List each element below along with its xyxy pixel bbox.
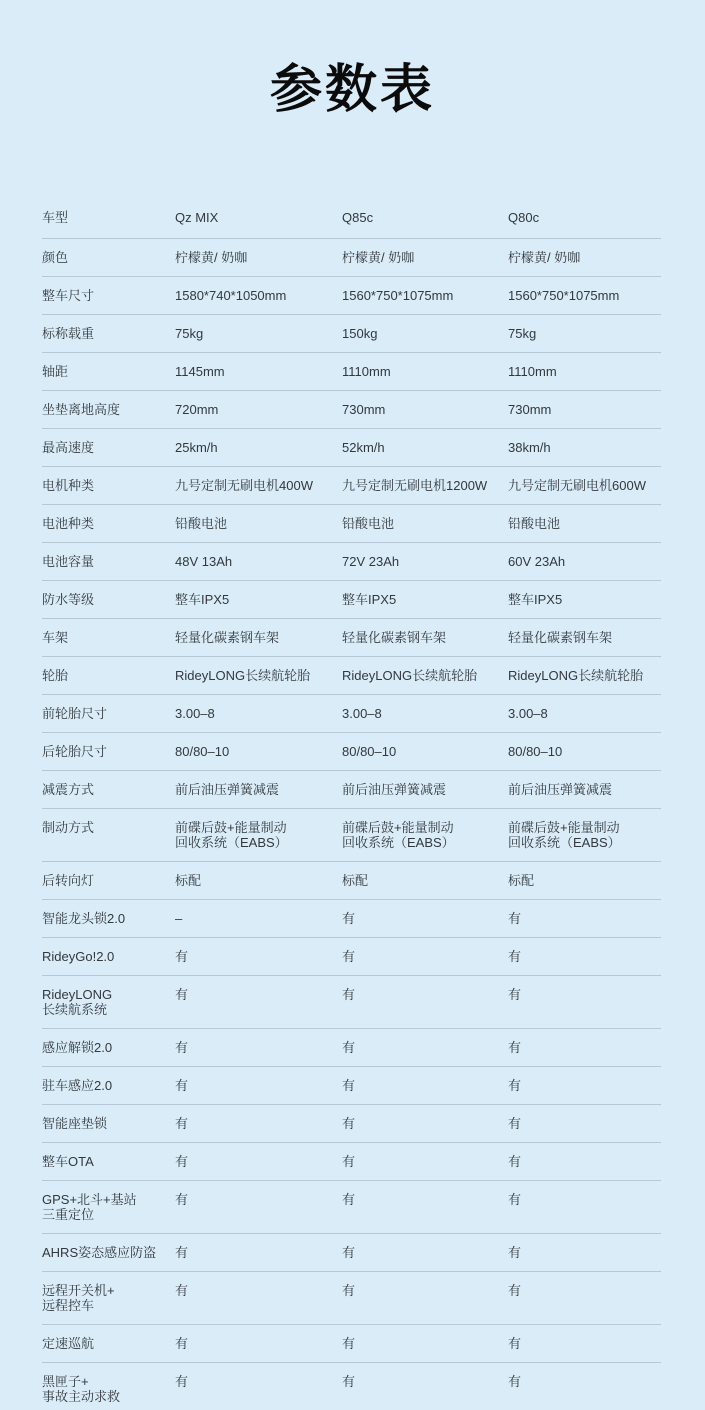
row-value-2: 铅酸电池	[342, 516, 508, 531]
row-value-2: 1110mm	[342, 364, 508, 379]
row-value-3: 有	[508, 1154, 661, 1169]
spec-table: 车型 Qz MIX Q85c Q80c 颜色 柠檬黄/ 奶咖 柠檬黄/ 奶咖 柠…	[42, 198, 661, 1410]
row-label: RideyGo!2.0	[42, 949, 175, 964]
row-value-2: 有	[342, 1336, 508, 1351]
row-value-2: 标配	[342, 873, 508, 888]
row-value-1: 720mm	[175, 402, 342, 417]
table-row: 防水等级 整车IPX5 整车IPX5 整车IPX5	[42, 581, 661, 619]
table-row: 电池种类 铅酸电池 铅酸电池 铅酸电池	[42, 505, 661, 543]
row-value-1: 有	[175, 1116, 342, 1131]
row-label: 轴距	[42, 364, 175, 379]
row-value-2: 有	[342, 1374, 508, 1389]
row-label: 减震方式	[42, 782, 175, 797]
row-value-3: 有	[508, 1283, 661, 1298]
row-label: 最高速度	[42, 440, 175, 455]
table-row: 最高速度 25km/h 52km/h 38km/h	[42, 429, 661, 467]
row-label: 智能龙头锁2.0	[42, 911, 175, 926]
row-value-1: 25km/h	[175, 440, 342, 455]
row-label: 驻车感应2.0	[42, 1078, 175, 1093]
row-value-1: 75kg	[175, 326, 342, 341]
row-label: 颜色	[42, 250, 175, 265]
row-value-1: 前碟后鼓+能量制动 回收系统（EABS）	[175, 820, 342, 850]
row-value-2: 有	[342, 1040, 508, 1055]
row-value-3: 1560*750*1075mm	[508, 288, 661, 303]
row-label: 定速巡航	[42, 1336, 175, 1351]
row-value-2: 柠檬黄/ 奶咖	[342, 250, 508, 265]
row-value-2: 150kg	[342, 326, 508, 341]
row-label: 坐垫离地高度	[42, 402, 175, 417]
table-row: 感应解锁2.0 有 有 有	[42, 1029, 661, 1067]
table-header-row: 车型 Qz MIX Q85c Q80c	[42, 198, 661, 239]
row-value-1: 有	[175, 1078, 342, 1093]
row-value-1: 3.00–8	[175, 706, 342, 721]
table-row: 后转向灯 标配 标配 标配	[42, 862, 661, 900]
row-value-2: 有	[342, 987, 508, 1002]
table-row: 电池容量 48V 13Ah 72V 23Ah 60V 23Ah	[42, 543, 661, 581]
table-row: 定速巡航 有 有 有	[42, 1325, 661, 1363]
row-value-2: 72V 23Ah	[342, 554, 508, 569]
row-label: 电池容量	[42, 554, 175, 569]
row-label: 整车尺寸	[42, 288, 175, 303]
table-row: 智能座垫锁 有 有 有	[42, 1105, 661, 1143]
table-row: 整车OTA 有 有 有	[42, 1143, 661, 1181]
row-value-2: 有	[342, 1116, 508, 1131]
row-value-2: 有	[342, 1245, 508, 1260]
row-value-1: RideyLONG长续航轮胎	[175, 668, 342, 683]
row-label: 后轮胎尺寸	[42, 744, 175, 759]
row-value-3: 标配	[508, 873, 661, 888]
row-value-3: 柠檬黄/ 奶咖	[508, 250, 661, 265]
row-value-1: 轻量化碳素钢车架	[175, 630, 342, 645]
row-label: 感应解锁2.0	[42, 1040, 175, 1055]
row-label: 后转向灯	[42, 873, 175, 888]
row-value-3: 前后油压弹簧减震	[508, 782, 661, 797]
row-value-3: 有	[508, 1116, 661, 1131]
row-label: AHRS姿态感应防盗	[42, 1245, 175, 1260]
row-value-1: 48V 13Ah	[175, 554, 342, 569]
row-value-3: 有	[508, 1040, 661, 1055]
table-row: 标称载重 75kg 150kg 75kg	[42, 315, 661, 353]
row-value-2: 整车IPX5	[342, 592, 508, 607]
table-row: RideyLONG 长续航系统 有 有 有	[42, 976, 661, 1029]
row-label: RideyLONG 长续航系统	[42, 987, 175, 1017]
row-value-2: 1560*750*1075mm	[342, 288, 508, 303]
table-row: GPS+北斗+基站 三重定位 有 有 有	[42, 1181, 661, 1234]
table-body: 颜色 柠檬黄/ 奶咖 柠檬黄/ 奶咖 柠檬黄/ 奶咖 整车尺寸 1580*740…	[42, 239, 661, 1410]
table-row: 后轮胎尺寸 80/80–10 80/80–10 80/80–10	[42, 733, 661, 771]
row-value-2: 730mm	[342, 402, 508, 417]
row-value-2: 有	[342, 1192, 508, 1207]
row-value-3: RideyLONG长续航轮胎	[508, 668, 661, 683]
table-row: 制动方式 前碟后鼓+能量制动 回收系统（EABS） 前碟后鼓+能量制动 回收系统…	[42, 809, 661, 862]
row-value-3: 80/80–10	[508, 744, 661, 759]
row-value-1: 标配	[175, 873, 342, 888]
table-row: 前轮胎尺寸 3.00–8 3.00–8 3.00–8	[42, 695, 661, 733]
row-value-2: 有	[342, 1154, 508, 1169]
row-value-3: 60V 23Ah	[508, 554, 661, 569]
table-row: 整车尺寸 1580*740*1050mm 1560*750*1075mm 156…	[42, 277, 661, 315]
row-value-1: 有	[175, 1374, 342, 1389]
table-row: 减震方式 前后油压弹簧减震 前后油压弹簧减震 前后油压弹簧减震	[42, 771, 661, 809]
row-label: 整车OTA	[42, 1154, 175, 1169]
table-row: 轮胎 RideyLONG长续航轮胎 RideyLONG长续航轮胎 RideyLO…	[42, 657, 661, 695]
row-value-1: 前后油压弹簧减震	[175, 782, 342, 797]
row-value-1: 有	[175, 1040, 342, 1055]
row-value-1: 柠檬黄/ 奶咖	[175, 250, 342, 265]
table-row: 远程开关机+ 远程控车 有 有 有	[42, 1272, 661, 1325]
row-value-1: 1145mm	[175, 364, 342, 379]
spec-sheet-page: 参数表 车型 Qz MIX Q85c Q80c 颜色 柠檬黄/ 奶咖 柠檬黄/ …	[0, 0, 705, 1410]
table-row: 轴距 1145mm 1110mm 1110mm	[42, 353, 661, 391]
row-label: 远程开关机+ 远程控车	[42, 1283, 175, 1313]
row-value-2: 52km/h	[342, 440, 508, 455]
row-value-1: 有	[175, 1192, 342, 1207]
row-value-1: 80/80–10	[175, 744, 342, 759]
table-row: 车架 轻量化碳素钢车架 轻量化碳素钢车架 轻量化碳素钢车架	[42, 619, 661, 657]
table-row: 智能龙头锁2.0 – 有 有	[42, 900, 661, 938]
row-value-3: 整车IPX5	[508, 592, 661, 607]
row-value-3: 有	[508, 1374, 661, 1389]
row-label: 轮胎	[42, 668, 175, 683]
row-value-3: 轻量化碳素钢车架	[508, 630, 661, 645]
row-value-2: 前碟后鼓+能量制动 回收系统（EABS）	[342, 820, 508, 850]
row-value-3: 有	[508, 1192, 661, 1207]
row-value-3: 1110mm	[508, 364, 661, 379]
row-value-1: 有	[175, 1154, 342, 1169]
row-label: 智能座垫锁	[42, 1116, 175, 1131]
row-value-3: 有	[508, 1336, 661, 1351]
row-value-2: 80/80–10	[342, 744, 508, 759]
row-value-1: 有	[175, 949, 342, 964]
row-value-2: 有	[342, 1283, 508, 1298]
row-value-2: 九号定制无刷电机1200W	[342, 478, 508, 493]
row-label: 电机种类	[42, 478, 175, 493]
row-value-1: 1580*740*1050mm	[175, 288, 342, 303]
row-value-1: 有	[175, 1245, 342, 1260]
row-value-1: 有	[175, 987, 342, 1002]
row-value-2: 有	[342, 949, 508, 964]
table-row: AHRS姿态感应防盗 有 有 有	[42, 1234, 661, 1272]
row-value-3: 75kg	[508, 326, 661, 341]
table-row: 坐垫离地高度 720mm 730mm 730mm	[42, 391, 661, 429]
table-row: 驻车感应2.0 有 有 有	[42, 1067, 661, 1105]
header-model-label: 车型	[42, 210, 175, 225]
row-value-1: 有	[175, 1283, 342, 1298]
row-value-2: 3.00–8	[342, 706, 508, 721]
header-model-2: Q85c	[342, 210, 508, 225]
table-row: 黑匣子+ 事故主动求救 有 有 有	[42, 1363, 661, 1410]
header-model-3: Q80c	[508, 210, 661, 225]
row-label: 车架	[42, 630, 175, 645]
row-value-1: –	[175, 911, 342, 926]
row-label: 制动方式	[42, 820, 175, 835]
table-row: 颜色 柠檬黄/ 奶咖 柠檬黄/ 奶咖 柠檬黄/ 奶咖	[42, 239, 661, 277]
row-value-3: 九号定制无刷电机600W	[508, 478, 661, 493]
row-value-2: 前后油压弹簧减震	[342, 782, 508, 797]
row-value-3: 前碟后鼓+能量制动 回收系统（EABS）	[508, 820, 661, 850]
row-value-3: 铅酸电池	[508, 516, 661, 531]
row-value-2: 有	[342, 911, 508, 926]
header-model-1: Qz MIX	[175, 210, 342, 225]
row-value-3: 730mm	[508, 402, 661, 417]
row-label: 黑匣子+ 事故主动求救	[42, 1374, 175, 1404]
row-value-3: 有	[508, 1245, 661, 1260]
row-value-3: 3.00–8	[508, 706, 661, 721]
row-value-3: 有	[508, 949, 661, 964]
row-label: 电池种类	[42, 516, 175, 531]
row-value-2: 有	[342, 1078, 508, 1093]
row-label: 标称载重	[42, 326, 175, 341]
row-value-3: 有	[508, 1078, 661, 1093]
row-value-3: 有	[508, 911, 661, 926]
row-label: 前轮胎尺寸	[42, 706, 175, 721]
row-label: 防水等级	[42, 592, 175, 607]
row-value-1: 有	[175, 1336, 342, 1351]
row-value-2: RideyLONG长续航轮胎	[342, 668, 508, 683]
row-value-2: 轻量化碳素钢车架	[342, 630, 508, 645]
row-value-3: 有	[508, 987, 661, 1002]
row-value-1: 九号定制无刷电机400W	[175, 478, 342, 493]
table-row: RideyGo!2.0 有 有 有	[42, 938, 661, 976]
table-row: 电机种类 九号定制无刷电机400W 九号定制无刷电机1200W 九号定制无刷电机…	[42, 467, 661, 505]
row-value-3: 38km/h	[508, 440, 661, 455]
row-value-1: 整车IPX5	[175, 592, 342, 607]
page-title: 参数表	[0, 0, 705, 122]
row-value-1: 铅酸电池	[175, 516, 342, 531]
row-label: GPS+北斗+基站 三重定位	[42, 1192, 175, 1222]
